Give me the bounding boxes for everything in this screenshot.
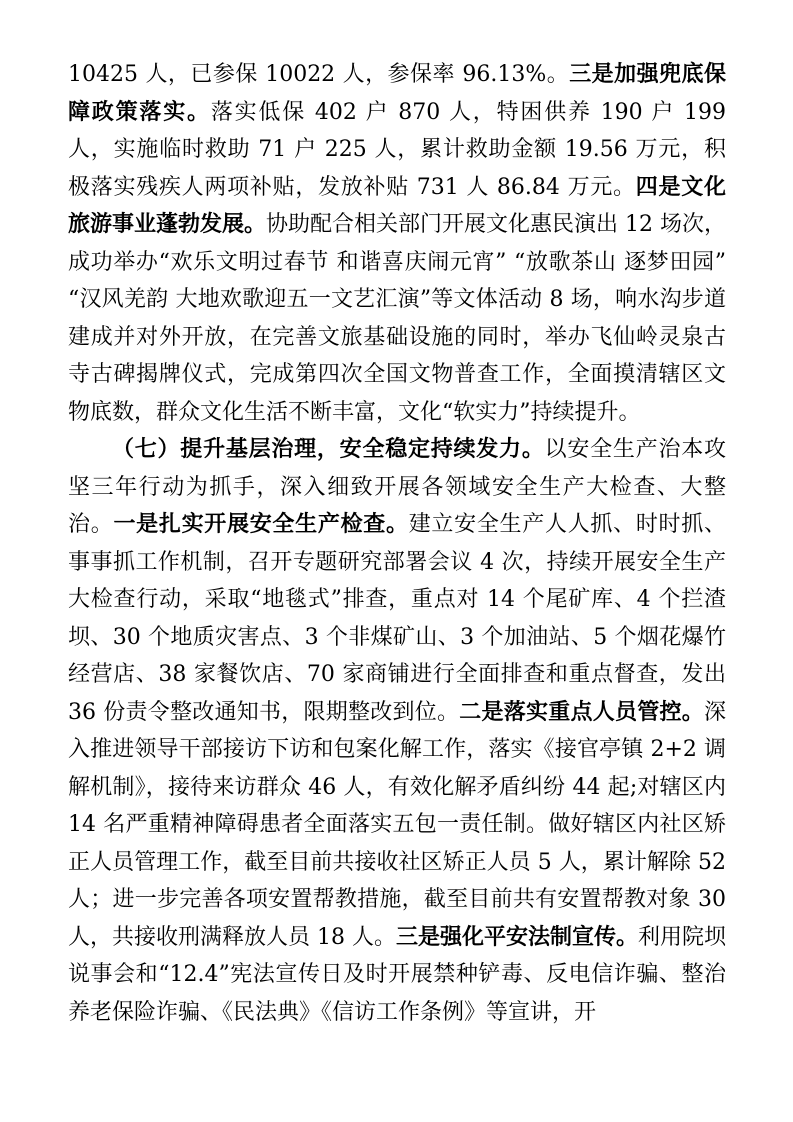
text-run: 深入推进领导干部接访下访和包案化解工作，落实《接官亭镇 2+2 调解机制》，接待… (68, 700, 726, 950)
text-run: 协助配合相关部门开展文化惠民演出 12 场次，成功举办“欢乐文明过春节 和谐喜庆… (68, 212, 726, 425)
paragraph-grassroots-governance: （七）提升基层治理，安全稳定持续发力。以安全生产治本攻坚三年行动为抓手，深入细致… (68, 431, 726, 1031)
emphasis-run: 二是落实重点人员管控。 (459, 699, 704, 725)
emphasis-run: 一是扎实开展安全生产检查。 (113, 511, 408, 537)
emphasis-run: 三是强化平安法制宣传。 (396, 924, 638, 950)
paragraph-social-security-culture: 10425 人，已参保 10022 人，参保率 96.13%。三是加强兜底保障政… (68, 56, 726, 431)
document-body: 10425 人，已参保 10022 人，参保率 96.13%。三是加强兜底保障政… (68, 56, 726, 1031)
document-page: 10425 人，已参保 10022 人，参保率 96.13%。三是加强兜底保障政… (0, 0, 793, 1122)
section-heading-run: （七）提升基层治理，安全稳定持续发力。 (112, 436, 545, 462)
text-run: 建立安全生产人人抓、时时抓、事事抓工作机制，召开专题研究部署会议 4 次，持续开… (68, 512, 726, 725)
text-run: 10425 人，已参保 10022 人，参保率 96.13%。 (68, 62, 569, 87)
